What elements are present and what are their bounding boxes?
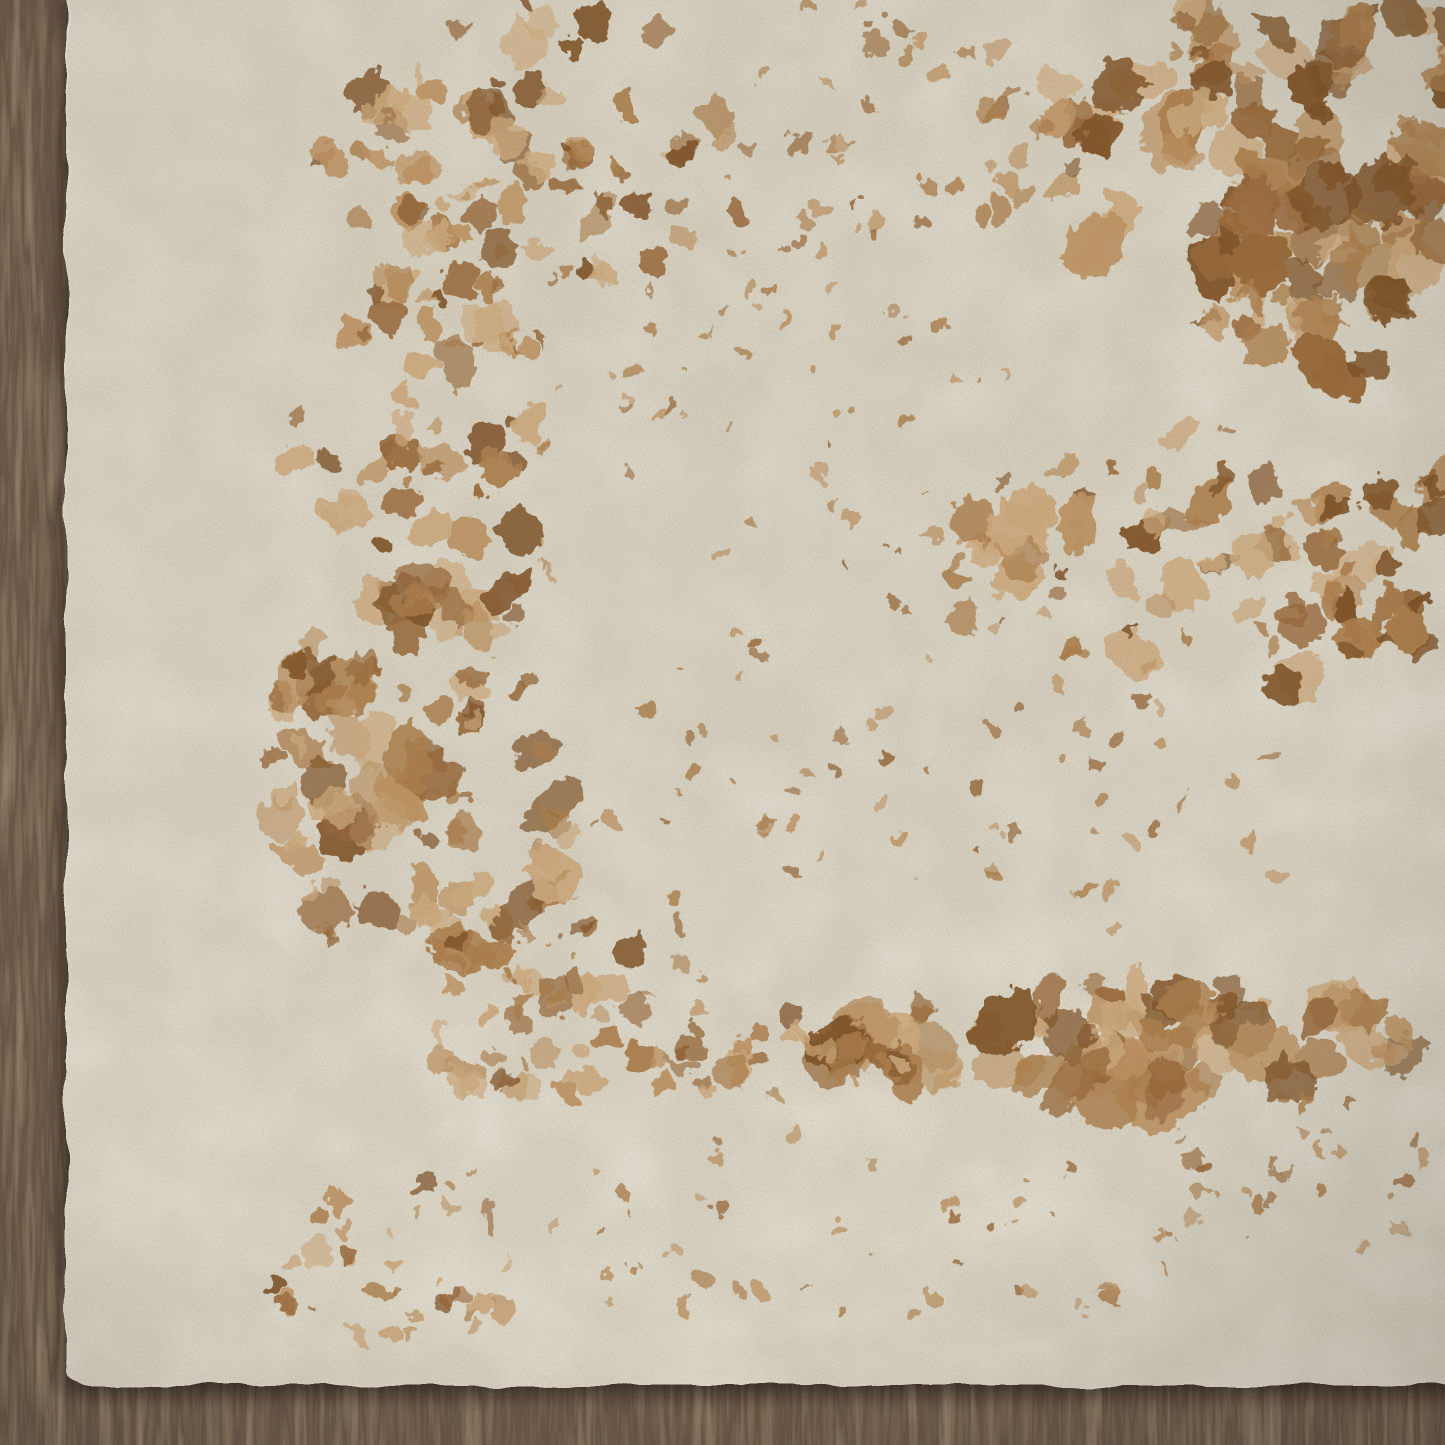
rug-photo-scene (0, 0, 1445, 1445)
vignette-overlay (0, 0, 1445, 1445)
photo-rendering (0, 0, 1445, 1445)
